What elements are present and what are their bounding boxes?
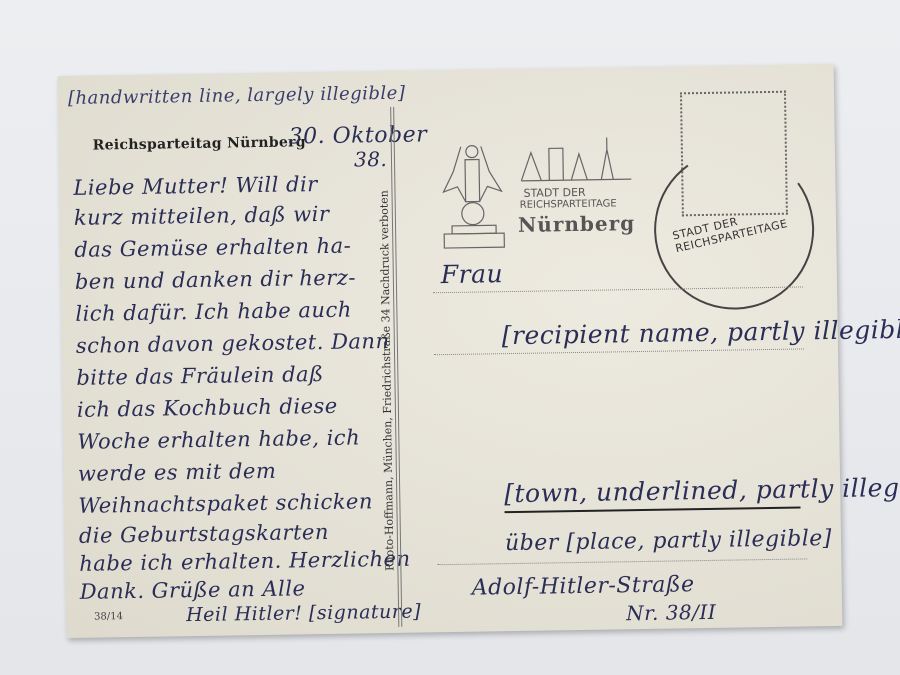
message-line: schon davon gekostet. Dann bbox=[76, 329, 390, 358]
message-line: werde es mit dem bbox=[78, 459, 277, 486]
message-line: lich dafür. Ich habe auch bbox=[75, 298, 352, 326]
message-line: Dank. Grüße an Alle bbox=[80, 576, 306, 604]
message-line: Woche erhalten habe, ich bbox=[77, 425, 360, 453]
message-closing: Heil Hitler! [signature] bbox=[186, 600, 421, 626]
message-line: Liebe Mutter! Will dir bbox=[73, 172, 318, 200]
address-name: [recipient name, partly illegible] bbox=[502, 314, 900, 350]
address-line-3 bbox=[437, 558, 807, 565]
message-line: die Geburtstagskarten bbox=[79, 520, 329, 548]
handwritten-year: 38. bbox=[354, 147, 388, 172]
address-via: über [place, partly illegible] bbox=[505, 526, 832, 556]
handwritten-date: 30. Oktober bbox=[288, 122, 427, 149]
message-line: Weihnachtspaket schicken bbox=[78, 489, 373, 518]
message-line: ben und danken dir herz- bbox=[75, 265, 356, 293]
address-salutation: Frau bbox=[441, 259, 504, 289]
postmark-line1: STADT DER bbox=[523, 186, 585, 200]
postmark-line2: REICHSPARTEITAGE bbox=[520, 198, 617, 211]
address-town: [town, underlined, partly illegible] bbox=[504, 472, 900, 508]
message-line: bitte das Fräulein daß bbox=[76, 362, 324, 390]
message-line: habe ich erhalten. Herzlichen bbox=[79, 547, 411, 576]
address-house-number: Nr. 38/II bbox=[626, 600, 716, 625]
message-line: ich das Kochbuch diese bbox=[77, 394, 338, 422]
slogan-postmark: STADT DER REICHSPARTEITAGE Nürnberg bbox=[431, 129, 643, 252]
message-line: das Gemüse erhalten ha- bbox=[74, 234, 351, 262]
postcard: [handwritten line, largely illegible] Re… bbox=[58, 64, 843, 638]
handwritten-top-line: [handwritten line, largely illegible] bbox=[68, 83, 406, 109]
printed-header: Reichsparteitag Nürnberg bbox=[93, 134, 306, 153]
address-town-underline bbox=[505, 507, 801, 514]
address-street: Adolf-Hitler-Straße bbox=[472, 572, 695, 600]
card-number: 38/14 bbox=[94, 611, 123, 622]
postmark-city: Nürnberg bbox=[518, 211, 636, 237]
message-line: kurz mitteilen, daß wir bbox=[74, 202, 330, 230]
address-line-2 bbox=[434, 348, 804, 355]
